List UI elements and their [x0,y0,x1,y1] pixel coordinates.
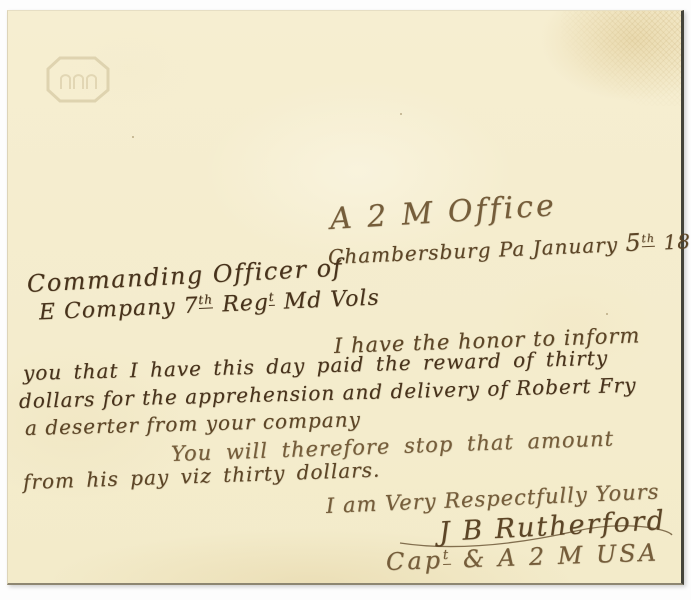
scanned-letter-photo: A 2 M Office Chambersburg Pa January 5th… [0,0,691,600]
recipient-company-suffix: th [198,292,213,309]
dateline-day: 5 [625,228,642,257]
paper-speck [400,113,402,115]
recipient-regiment-suffix: t [268,290,275,306]
recipient-regiment: Reg [222,290,270,317]
paper-fabric-texture [561,11,681,106]
embossed-seal-icon [46,56,110,104]
rank-suffix: t [443,548,452,565]
letter-paper: A 2 M Office Chambersburg Pa January 5th… [7,10,684,585]
office-heading: A 2 M Office [329,188,558,237]
signature-rank: Capt & A 2 M USA [386,538,660,576]
dateline-month: January [532,232,618,260]
dateline-place: Chambersburg Pa [328,236,526,269]
body-line-6: from his pay viz thirty dollars. [23,458,381,494]
body-line-4: a deserter from your company [25,407,361,440]
paper-speck [132,136,134,138]
rank-prefix: Cap [386,546,444,576]
dateline-day-suffix: th [641,232,655,248]
recipient-unit: Md Vols [283,285,380,314]
paper-speck [606,313,608,315]
rank-rest: & A 2 M USA [462,538,659,573]
recipient-company: E Company 7 [38,293,199,325]
dateline-year: 1864 [663,228,691,254]
